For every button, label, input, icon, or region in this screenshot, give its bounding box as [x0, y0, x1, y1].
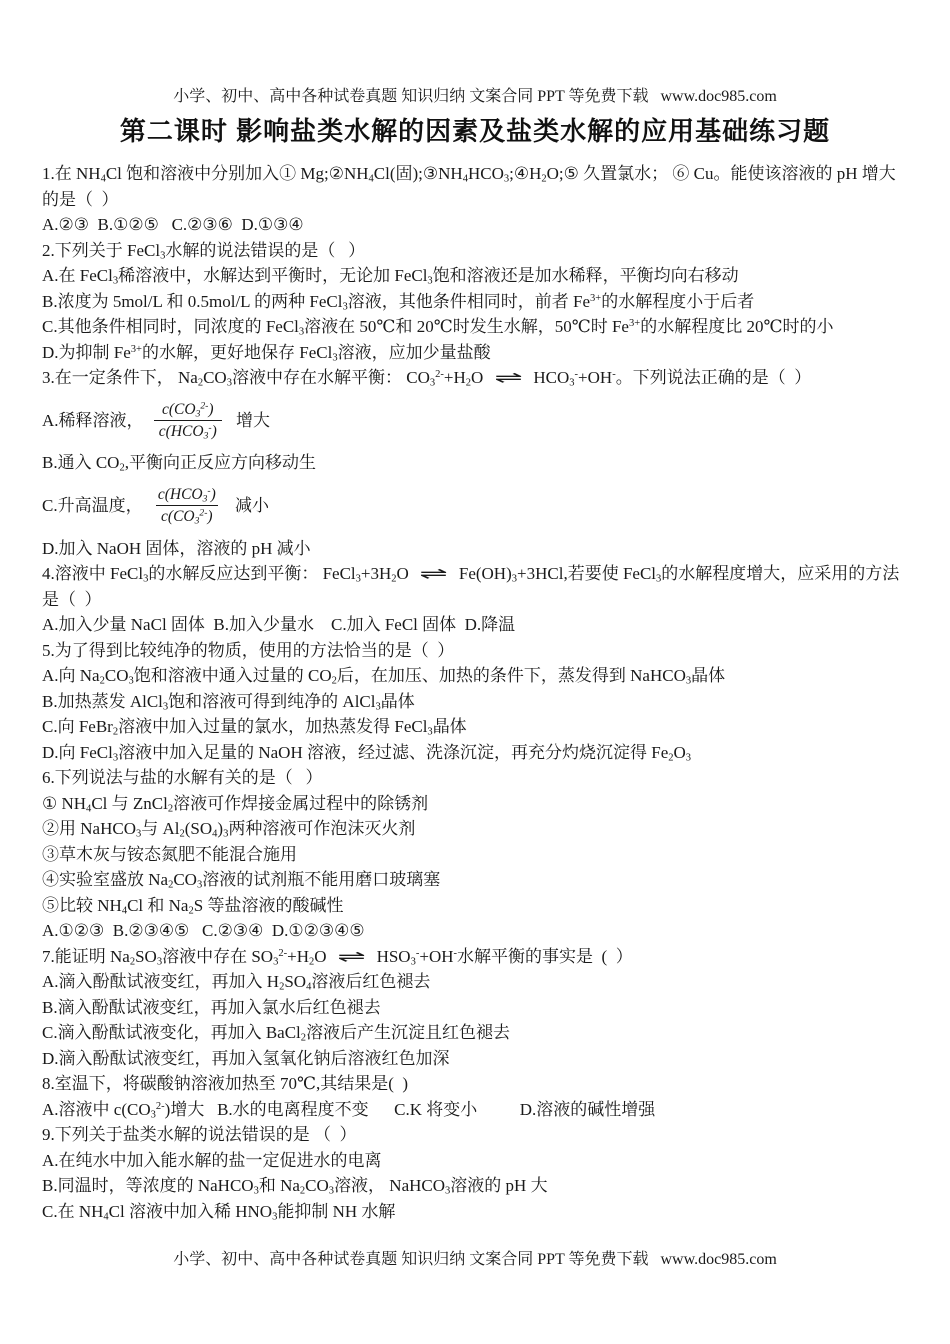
q9-option-b: B.同温时，等浓度的 NaHCO3和 Na2CO3溶液， NaHCO3溶液的 p…	[42, 1173, 912, 1199]
q5-option-c: C.向 FeBr2溶液中加入过量的氯水，加热蒸发得 FeCl3晶体	[42, 714, 912, 740]
fraction-denominator: c(HCO3-)	[154, 420, 222, 442]
equilibrium-arrow-icon: ⇌	[420, 561, 448, 587]
page-header-watermark: 小学、初中、高中各种试卷真题 知识归纳 文案合同 PPT 等免费下载 www.d…	[0, 83, 950, 106]
q7-option-d: D.滴入酚酞试液变红，再加入氢氧化钠后溶液红色加深	[42, 1046, 912, 1072]
q1-stem: 1.在 NH4Cl 饱和溶液中分别加入① Mg;②NH4Cl(固);③NH4HC…	[42, 161, 912, 212]
q7-option-b: B.滴入酚酞试液变红，再加入氯水后红色褪去	[42, 995, 912, 1021]
q7-stem: 7.能证明 Na2SO3溶液中存在 SO32-+H2O ⇌ HSO3-+OH-水…	[42, 944, 912, 970]
q5-option-d: D.向 FeCl3溶液中加入足量的 NaOH 溶液，经过滤、洗涤沉淀，再充分灼烧…	[42, 740, 912, 766]
q8-options: A.溶液中 c(CO32-)增大 B.水的电离程度不变 C.K 将变小 D.溶液…	[42, 1097, 912, 1123]
q6-item-2: ②用 NaHCO3与 Al2(SO4)3两种溶液可作泡沫灭火剂	[42, 816, 912, 842]
equilibrium-arrow-icon: ⇌	[337, 944, 365, 970]
q3-option-c: C.升高温度， c(HCO3-)c(CO32-) 减小	[42, 484, 912, 528]
q2-stem: 2.下列关于 FeCl3水解的说法错误的是（ ）	[42, 238, 912, 264]
fraction-suffix: 增大	[232, 408, 270, 434]
q2-option-d: D.为抑制 Fe3+的水解，更好地保存 FeCl3溶液，应加少量盐酸	[42, 340, 912, 366]
q3-option-b: B.通入 CO2,平衡向正反应方向移动生	[42, 450, 912, 476]
q6-item-4: ④实验室盛放 Na2CO3溶液的试剂瓶不能用磨口玻璃塞	[42, 867, 912, 893]
q6-item-5: ⑤比较 NH4Cl 和 Na2S 等盐溶液的酸碱性	[42, 893, 912, 919]
worksheet-page: 小学、初中、高中各种试卷真题 知识归纳 文案合同 PPT 等免费下载 www.d…	[0, 0, 950, 1344]
q2-option-b: B.浓度为 5mol/L 和 0.5mol/L 的两种 FeCl3溶液，其他条件…	[42, 289, 912, 315]
q4-stem: 4.溶液中 FeCl3的水解反应达到平衡： FeCl3+3H2O ⇌ Fe(OH…	[42, 561, 912, 612]
q3-option-a: A.稀释溶液， c(CO32-)c(HCO3-) 增大	[42, 399, 912, 443]
q5-option-b: B.加热蒸发 AlCl3饱和溶液可得到纯净的 AlCl3晶体	[42, 689, 912, 715]
fraction-numerator: c(CO32-)	[157, 399, 219, 420]
page-title: 第二课时 影响盐类水解的因素及盐类水解的应用基础练习题	[0, 111, 950, 148]
fraction-numerator: c(HCO3-)	[153, 484, 221, 505]
fraction-prefix: C.升高温度，	[42, 493, 147, 519]
q1-options: A.②③ B.①②⑤ C.②③⑥ D.①③④	[42, 212, 912, 238]
q2-option-a: A.在 FeCl3稀溶液中，水解达到平衡时，无论加 FeCl3饱和溶液还是加水稀…	[42, 263, 912, 289]
fraction-suffix: 减小	[231, 493, 269, 519]
q9-option-a: A.在纯水中加入能水解的盐一定促进水的电离	[42, 1148, 912, 1174]
document-body: 1.在 NH4Cl 饱和溶液中分别加入① Mg;②NH4Cl(固);③NH4HC…	[42, 161, 912, 1224]
fraction-prefix: A.稀释溶液，	[42, 408, 148, 434]
q9-option-c: C.在 NH4Cl 溶液中加入稀 HNO3能抑制 NH 水解	[42, 1199, 912, 1225]
page-footer-watermark: 小学、初中、高中各种试卷真题 知识归纳 文案合同 PPT 等免费下载 www.d…	[0, 1246, 950, 1269]
q5-option-a: A.向 Na2CO3饱和溶液中通入过量的 CO2后，在加压、加热的条件下，蒸发得…	[42, 663, 912, 689]
q2-option-c: C.其他条件相同时，同浓度的 FeCl3溶液在 50℃和 20℃时发生水解，50…	[42, 314, 912, 340]
q6-item-1: ① NH4Cl 与 ZnCl2溶液可作焊接金属过程中的除锈剂	[42, 791, 912, 817]
q8-stem: 8.室温下，将碳酸钠溶液加热至 70℃,其结果是( )	[42, 1071, 912, 1097]
q3-option-d: D.加入 NaOH 固体，溶液的 pH 减小	[42, 536, 912, 562]
q4-options: A.加入少量 NaCl 固体 B.加入少量水 C.加入 FeCl 固体 D.降温	[42, 612, 912, 638]
fraction: c(CO32-)c(HCO3-)	[154, 399, 222, 443]
q7-option-c: C.滴入酚酞试液变化，再加入 BaCl2溶液后产生沉淀且红色褪去	[42, 1020, 912, 1046]
q5-stem: 5.为了得到比较纯净的物质，使用的方法恰当的是（ ）	[42, 638, 912, 664]
q6-options: A.①②③ B.②③④⑤ C.②③④ D.①②③④⑤	[42, 918, 912, 944]
fraction-denominator: c(CO32-)	[156, 505, 218, 527]
q9-stem: 9.下列关于盐类水解的说法错误的是 （ ）	[42, 1122, 912, 1148]
q7-option-a: A.滴入酚酞试液变红，再加入 H2SO4溶液后红色褪去	[42, 969, 912, 995]
q3-stem: 3.在一定条件下， Na2CO3溶液中存在水解平衡： CO32-+H2O ⇌ H…	[42, 365, 912, 391]
equilibrium-arrow-icon: ⇌	[494, 365, 522, 391]
fraction: c(HCO3-)c(CO32-)	[153, 484, 221, 528]
q6-stem: 6.下列说法与盐的水解有关的是（ ）	[42, 765, 912, 791]
q6-item-3: ③草木灰与铵态氮肥不能混合施用	[42, 842, 912, 868]
